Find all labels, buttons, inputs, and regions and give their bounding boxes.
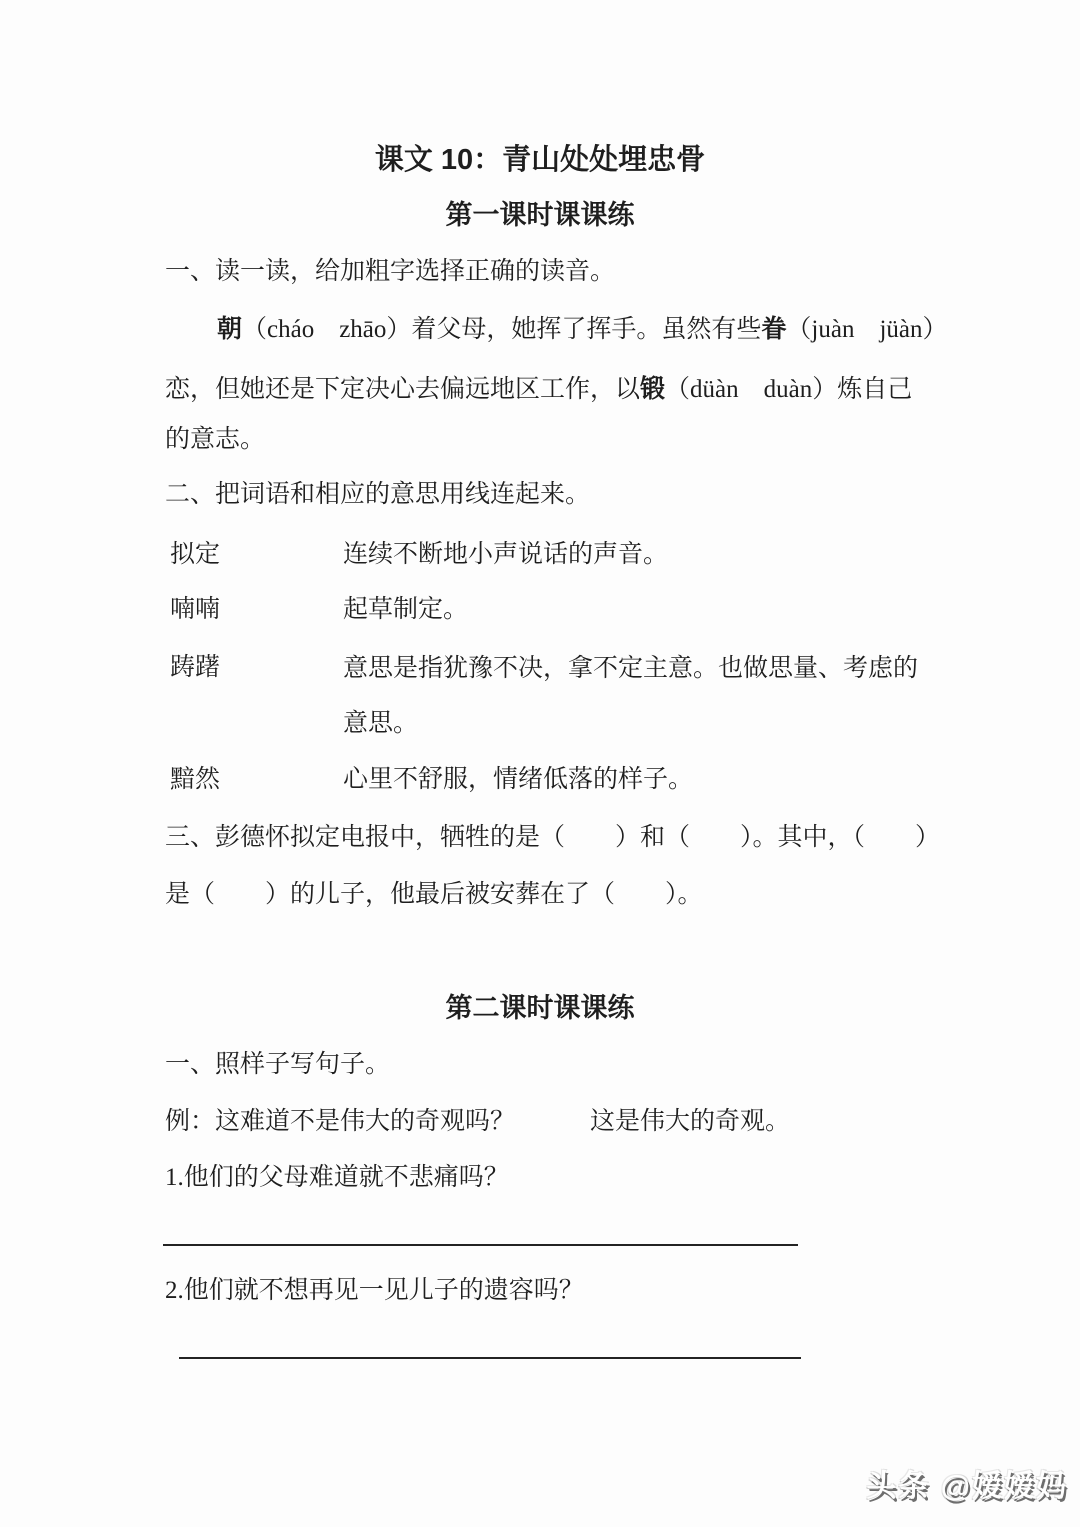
lesson1-q1-prompt: 一、读一读，给加粗字选择正确的读音。 xyxy=(165,252,615,292)
passage-text-1: （cháo zhāo）着父母，她挥了挥手。虽然有些 xyxy=(242,316,761,343)
page-title: 课文 10：青山处处埋忠骨 xyxy=(0,140,1080,180)
passage-line-3: 的意志。 xyxy=(165,420,265,460)
lesson1-heading: 第一课时课课练 xyxy=(0,195,1080,235)
answer-blank-line-2 xyxy=(179,1357,801,1359)
match-term-nannan: 喃喃 xyxy=(170,590,220,630)
passage-text-3: 恋，但她还是下定决心去偏远地区工作，以 xyxy=(165,376,640,403)
lesson1-q2-prompt: 二、把词语和相应的意思用线连起来。 xyxy=(165,475,590,515)
match-def-2: 起草制定。 xyxy=(343,590,943,630)
passage-line-2: 恋，但她还是下定决心去偏远地区工作，以锻（düàn duàn）炼自己 xyxy=(165,370,912,410)
match-term-niding: 拟定 xyxy=(170,535,220,575)
match-def-3: 意思是指犹豫不决，拿不定主意。也做思量、考虑的 意思。 xyxy=(343,641,943,751)
match-def-4: 心里不舒服，情绪低落的样子。 xyxy=(343,760,943,800)
match-term-anran: 黯然 xyxy=(170,760,220,800)
lesson1-q3-line-2: 是（ ）的儿子，他最后被安葬在了（ ）。 xyxy=(165,875,703,915)
passage-text-4: （düàn duàn）炼自己 xyxy=(665,376,912,403)
bold-char-duan: 锻 xyxy=(640,376,665,403)
watermark: 头条 @嫒嫒妈 xyxy=(866,1467,1068,1507)
bold-char-juan: 眷 xyxy=(761,316,786,343)
lesson2-heading: 第二课时课课练 xyxy=(0,988,1080,1028)
match-term-chouchu: 踌躇 xyxy=(170,648,220,688)
lesson2-q1-prompt: 一、照样子写句子。 xyxy=(165,1045,390,1085)
match-def-1: 连续不断地小声说话的声音。 xyxy=(343,535,943,575)
lesson2-item-2: 2.他们就不想再见一见儿子的遗容吗？ xyxy=(165,1271,584,1311)
lesson2-item-1: 1.他们的父母难道就不悲痛吗？ xyxy=(165,1158,509,1198)
bold-char-chao: 朝 xyxy=(217,316,242,343)
answer-blank-line-1 xyxy=(163,1244,798,1246)
passage-text-2: （juàn jüàn） xyxy=(786,316,947,343)
lesson1-q3-line-1: 三、彭德怀拟定电报中，牺牲的是（ ）和（ ）。其中，（ ） xyxy=(165,818,940,858)
passage-line-1: 朝（cháo zhāo）着父母，她挥了挥手。虽然有些眷（juàn jüàn） xyxy=(165,310,948,350)
lesson2-example: 例：这难道不是伟大的奇观吗？ 这是伟大的奇观。 xyxy=(165,1102,790,1142)
